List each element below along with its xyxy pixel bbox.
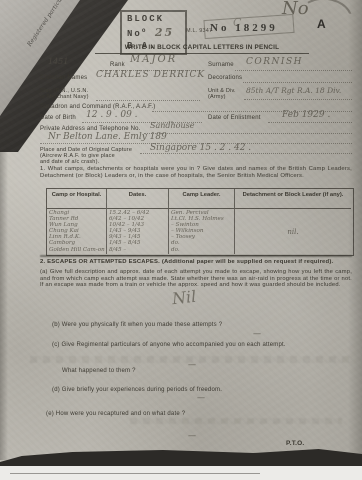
answer-2a-nil: Nil	[171, 289, 197, 307]
decorations-label: Decorations	[208, 75, 242, 82]
rule	[235, 69, 352, 71]
christian-names-label: Christian Names	[40, 75, 87, 82]
answer-2e-dash: —	[188, 432, 196, 440]
show-through-ghost-text	[130, 418, 342, 424]
enlistment-label: Date of Enlistment	[208, 115, 261, 122]
page-edge-right	[348, 0, 362, 468]
capture-value: Singapore 15 . 2 . 42 .	[150, 144, 251, 152]
pto-label: P.T.O.	[286, 440, 304, 447]
capture-label-line3: and date of a/c crash).	[40, 159, 132, 165]
answer-2c-dash: —	[188, 361, 196, 369]
rule	[268, 121, 352, 123]
serial-number-stamp: No 18299	[210, 22, 278, 34]
dob-label: Date of Birth	[40, 115, 76, 122]
scanned-pow-form: Registered particulars BLOCK Noo 25 B.A.…	[0, 0, 362, 468]
form-instruction-heading: WRITE IN BLOCK CAPITAL LETTERS IN PENCIL	[95, 44, 309, 54]
surname-label: Surname	[208, 62, 234, 69]
question-2c2-text: What happened to them ?	[62, 368, 136, 375]
rule	[144, 132, 352, 134]
capture-label: Place and Date of Original Capture (Airc…	[40, 147, 132, 165]
letter-a-stamp: A	[317, 21, 326, 28]
surname-value: CORNISH	[246, 58, 303, 66]
unit-div-value: 85th A/T Rgt R.A. 18 Div.	[246, 87, 341, 95]
col-header-detachment: Detachment or Block Leader (if any).	[235, 189, 351, 209]
leader-entry: do.	[171, 247, 232, 253]
address-value-line1: Sandhouse	[150, 122, 194, 130]
ship-label-line2: or Merchant Navy)	[40, 94, 89, 100]
rule	[96, 99, 200, 101]
answer-2b-dash: —	[253, 330, 261, 338]
scan-artifact-line	[10, 473, 260, 474]
question-2c-text: (c) Give Regimental particulars of anyon…	[52, 342, 286, 349]
ship-label: Ship (R.N., U.S.N. or Merchant Navy)	[40, 88, 89, 100]
camps-table: Camp or Hospital. Dates. Camp Leader. De…	[46, 188, 354, 256]
detachment-column: nil.	[235, 209, 351, 254]
question-2b-text: (b) Were you physically fit when you mad…	[52, 322, 222, 329]
unit-div-label: Unit & Div. (Army)	[208, 88, 236, 100]
dates-column: 15.2.42 – 6/42 6/42 – 10/42 10/42 – 1/43…	[107, 209, 169, 254]
camp-entry: Golden Hill Cam-on	[49, 247, 104, 253]
rule	[140, 152, 352, 154]
col-header-dates: Dates.	[107, 189, 169, 209]
col-header-leader: Camp Leader.	[169, 189, 235, 209]
pencil-letter-c: C	[233, 19, 241, 27]
question-1-text: 1. What camps, detachments or hospitals …	[40, 166, 352, 180]
col-header-camp: Camp or Hospital.	[47, 189, 107, 209]
leader-column: Gen. Percival Lt.Cl. H.S. Holmes – Swint…	[169, 209, 235, 254]
enlistment-value: Feb 1929 .	[282, 111, 330, 119]
block-stamp-line2: Noo 25	[127, 25, 185, 40]
army-number-handwritten: 1451	[48, 58, 68, 66]
detachment-entry: nil.	[287, 228, 298, 236]
question-2a-text: (a) Give full description and approx. da…	[40, 269, 352, 289]
question-2e-text: (e) How were you recaptured and on what …	[46, 411, 185, 418]
block-stamp-line1: BLOCK	[127, 13, 185, 25]
dates-entry: 8/45 –	[109, 247, 166, 253]
section-2-heading: 2. ESCAPES OR ATTEMPTED ESCAPES. (Additi…	[40, 259, 352, 266]
christian-names-value: CHARLES DERRICK	[96, 71, 205, 79]
rule	[243, 81, 352, 83]
rank-value: MAJOR	[130, 56, 177, 64]
answer-2d-dash: —	[197, 394, 205, 402]
page-edge-left	[0, 150, 8, 460]
address-value-line2: Nr Belton Lane. Emly 189	[48, 133, 167, 141]
rule	[244, 98, 352, 100]
table-bottom-smudge	[40, 255, 352, 257]
camp-column: Changi Tanner Rd Wun Lang Chung Kai Linn…	[47, 209, 107, 254]
unit-label-line2: (Army)	[208, 94, 236, 100]
rank-label: Rank	[110, 62, 125, 69]
block-number-handwritten: 25	[155, 26, 174, 39]
dob-value: 12 . 9 . 09 .	[86, 111, 138, 119]
